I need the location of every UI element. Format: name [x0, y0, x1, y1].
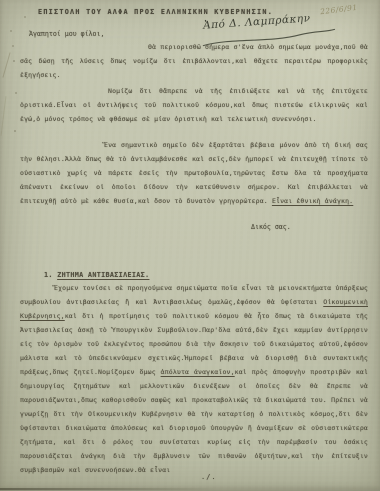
paragraph-2: Νομίζω ὅτι θἄπρεπε νὰ τῆς ἐπιδιώξετε καὶ… [20, 84, 368, 126]
pencil-margin-stroke [2, 52, 10, 77]
section-underlined-phrase-2: ἀπόλυτα ἀναγκαῖον, [161, 368, 235, 376]
paragraph-3-underlined-phrase: Εἶναι ἐθνικὴ ἀνάγκη. [272, 197, 353, 205]
continuation-mark: ./. [201, 473, 217, 481]
section-paragraph: Ἔχομεν τονίσει σὲ προηγούμενα σημειώματα… [20, 281, 368, 477]
scanned-letter-page: ΕΠΙΣΤΟΛΗ ΤΟΥ ΑΛΦΑ ΠΡΟΣ ΕΛΛΗΝΙΚΗΝ ΚΥΒΕΡΝΗ… [0, 0, 380, 491]
archive-number: 226/6/91 [320, 3, 359, 17]
margin-speck [12, 45, 14, 47]
margin-speck [14, 130, 16, 132]
signoff: Δικός σας. [251, 223, 291, 231]
salutation: Ἀγαπητοί μου φίλοι, [29, 30, 104, 38]
page-bottom-edge-shadow [0, 488, 215, 490]
margin-speck [13, 60, 15, 62]
margin-speck [24, 16, 26, 18]
margin-speck [15, 92, 17, 94]
section-heading-text: ΖΗΤΗΜΑ ΑΝΤΙΒΑΣΙΛΕΙΑΣ. [57, 271, 149, 279]
section-seg3: καὶ πρὸς ἀποφυγὴν προστριβῶν καὶ δημιουρ… [20, 368, 368, 474]
section-seg1: Ἔχομεν τονίσει σὲ προηγούμενα σημειώματα… [20, 284, 368, 306]
paragraph-3-text: Ἕνα σημαντικὸ σημεῖο δὲν ἐξαρτᾶται βέβαι… [20, 141, 368, 205]
paragraph-3: Ἕνα σημαντικὸ σημεῖο δὲν ἐξαρτᾶται βέβαι… [20, 138, 368, 208]
paragraph-1: Θὰ περιορισθῶ σήμερα σ'ἕνα ἁπλὸ σημείωμα… [20, 40, 368, 82]
section-heading: 1. ΖΗΤΗΜΑ ΑΝΤΙΒΑΣΙΛΕΙΑΣ. [44, 271, 149, 279]
document-title: ΕΠΙΣΤΟΛΗ ΤΟΥ ΑΛΦΑ ΠΡΟΣ ΕΛΛΗΝΙΚΗΝ ΚΥΒΕΡΝΗ… [38, 8, 273, 16]
section-seg2: καὶ ὅτι ἡ προτίμησις τοῦ πολιτικοῦ κόσμο… [20, 312, 368, 376]
pencil-margin-stroke [1, 96, 7, 136]
section-number: 1. [44, 271, 57, 279]
margin-speck [10, 30, 12, 32]
